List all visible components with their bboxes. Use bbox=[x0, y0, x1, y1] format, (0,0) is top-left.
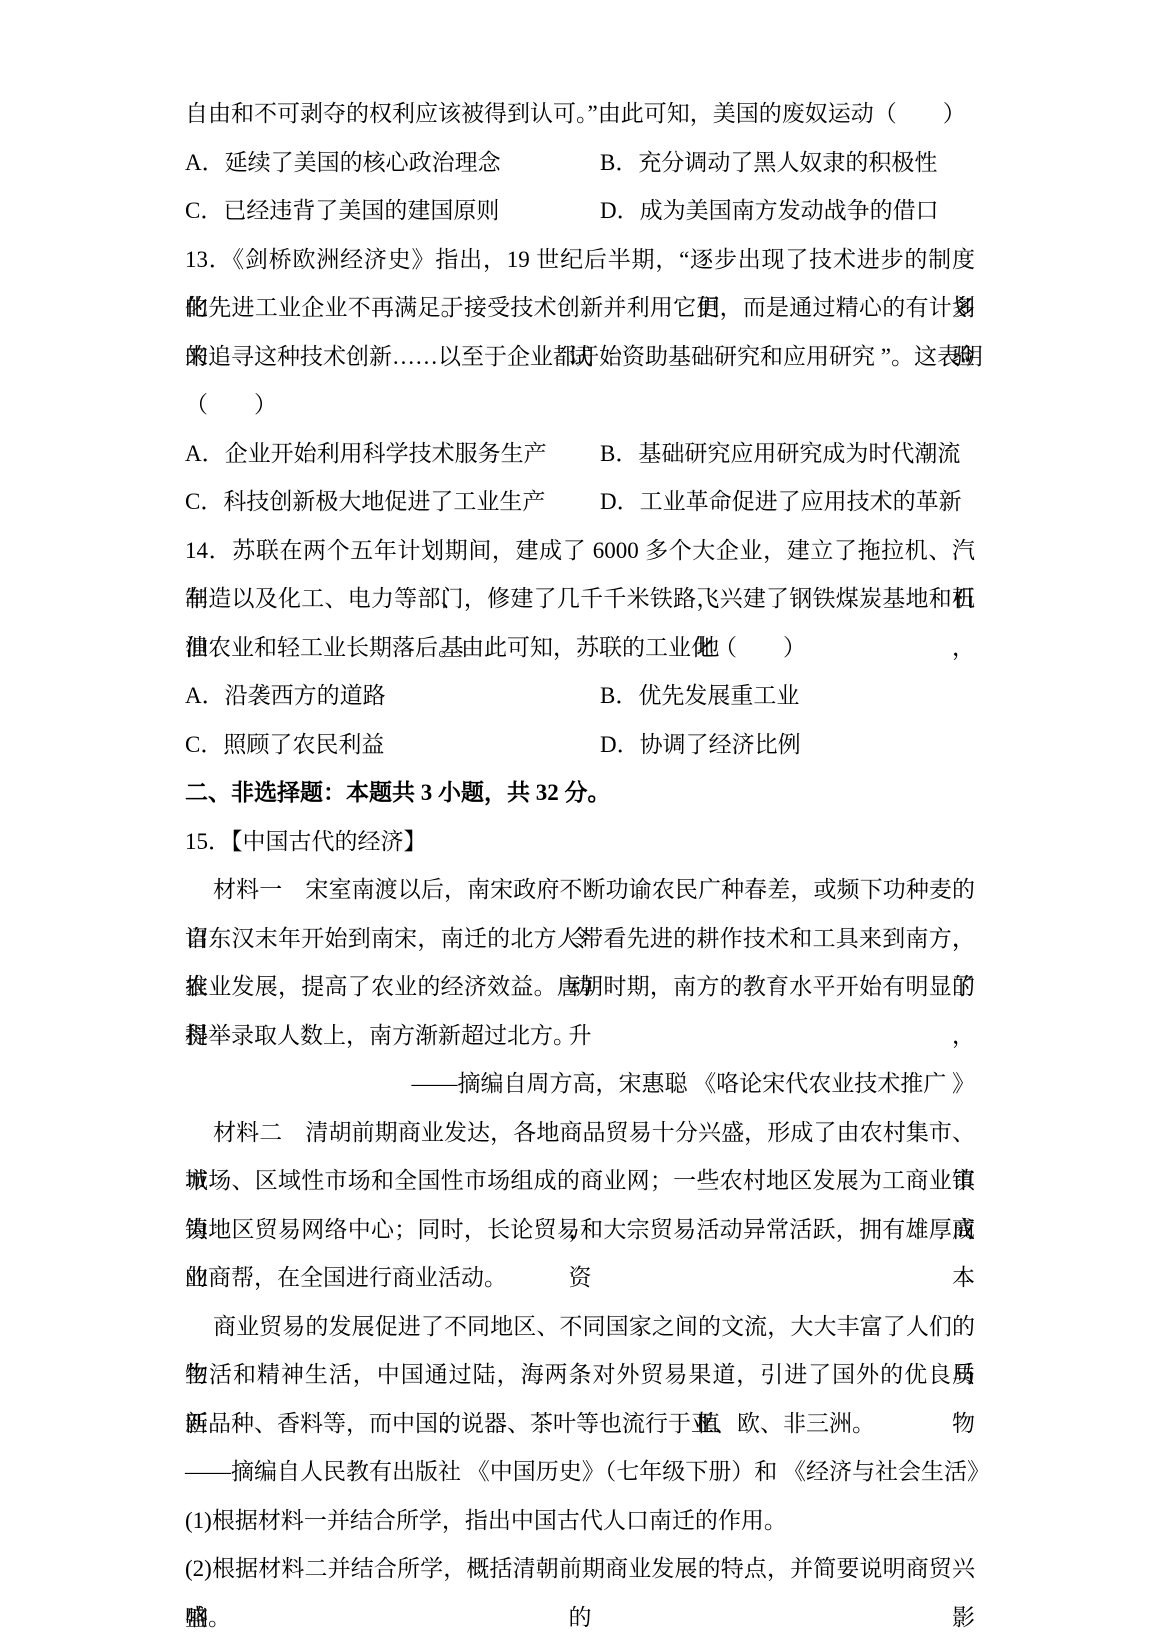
q14-stem-line-2: 制造以及化工、电力等部门，修建了几千千米铁路，兴建了钢铁煤炭基地和石油基地， bbox=[185, 575, 975, 624]
q15-material2-para2-line-2: 生活和精神生活，中国通过陆，海两条对外贸易果道，引进了国外的优良马匹、植物 bbox=[185, 1351, 975, 1400]
q15-material2-line-1: 材料二 清胡前期商业发达，各地商品贸易十分兴盛，形成了由农村集市、城镇 bbox=[185, 1109, 975, 1158]
q14-options-row-1: A．沿袭西方的道路 B．优先发展重工业 bbox=[185, 672, 975, 721]
q15-material1-line-2: 自东汉末年开始到南宋，南迁的北方人带看先进的耕作技术和工具来到南方，推动了 bbox=[185, 915, 975, 964]
q13-option-a: A．企业开始利用科学技术服务生产 bbox=[185, 430, 600, 479]
q15-material1-line-3: 农业发展，提高了农业的经济效益。唐朝时期，南方的教育水平开始有明显的提升， bbox=[185, 963, 975, 1012]
q12-options-row-1: A．延续了美国的核心政治理念 B．充分调动了黑人奴隶的积极性 bbox=[185, 139, 975, 188]
q13-stem-line-3: 来追寻这种技术创新……以至于企业都开始资助基础研究和应用研究 ”。这表明 bbox=[185, 333, 975, 382]
q14-options-row-2: C．照顾了农民利益 D．协调了经济比例 bbox=[185, 721, 975, 770]
q13-options-row-2: C．科技创新极大地促进了工业生产 D．工业革命促进了应用技术的革新 bbox=[185, 478, 975, 527]
q12-options-row-2: C．已经违背了美国的建国原则 D．成为美国南方发动战争的借口 bbox=[185, 187, 975, 236]
q15-material2-line-3: 为地区贸易网络中心；同时，长论贸易和大宗贸易活动异常活跃，拥有雄厚商业资本 bbox=[185, 1206, 975, 1255]
q14-option-a: A．沿袭西方的道路 bbox=[185, 672, 600, 721]
q13-stem-line-4: （ ） bbox=[185, 381, 975, 430]
q13-options-row-1: A．企业开始利用科学技术服务生产 B．基础研究应用研究成为时代潮流 bbox=[185, 430, 975, 479]
q15-material1-source: ——摘编自周方高，宋惠聪 《咯论宋代农业技术推广 》 bbox=[185, 1060, 975, 1109]
q12-stem: 自由和不可剥夺的权利应该被得到认可。”由此可知，美国的废奴运动（ ） bbox=[185, 90, 975, 139]
q13-option-b: B．基础研究应用研究成为时代潮流 bbox=[600, 430, 960, 479]
q15-material2-source: ——摘编自人民教有出版社 《中国历史》（七年级下册）和 《经济与社会生活》 bbox=[185, 1448, 975, 1497]
q15-title: 15．【中国古代的经济】 bbox=[185, 818, 975, 867]
q13-stem-line-1: 13．《剑桥欧洲经济史》指出，19 世纪后半期，“逐步出现了技术进步的制度化。更… bbox=[185, 236, 975, 285]
q12-option-d: D．成为美国南方发动战争的借口 bbox=[600, 187, 939, 236]
q15-material2-para2-line-3: 新品种、香料等，而中国的说器、茶叶等也流行于亚、欧、非三洲。 bbox=[185, 1400, 975, 1449]
q15-sub-question-1: (1)根据材料一并结合所学，指出中国古代人口南迁的作用。 bbox=[185, 1497, 975, 1546]
q15-sub-question-2-line-1: (2)根据材料二并结合所学，概括清朝前期商业发展的特点，并简要说明商贸兴盛的影 bbox=[185, 1545, 975, 1594]
q14-option-c: C．照顾了农民利益 bbox=[185, 721, 600, 770]
q12-option-a: A．延续了美国的核心政治理念 bbox=[185, 139, 600, 188]
section2-header: 二、非选择题：本题共 3 小题，共 32 分。 bbox=[185, 769, 975, 818]
q12-option-b: B．充分调动了黑人奴隶的积极性 bbox=[600, 139, 937, 188]
q14-stem-line-1: 14．苏联在两个五年计划期间，建成了 6000 多个大企业，建立了拖拉机、汽车、… bbox=[185, 527, 975, 576]
exam-page: 自由和不可剥夺的权利应该被得到认可。”由此可知，美国的废奴运动（ ） A．延续了… bbox=[0, 0, 1158, 1638]
q13-option-c: C．科技创新极大地促进了工业生产 bbox=[185, 478, 600, 527]
q14-option-b: B．优先发展重工业 bbox=[600, 672, 799, 721]
q12-option-c: C．已经违背了美国的建国原则 bbox=[185, 187, 600, 236]
q13-stem-line-2: 的先进工业企业不再满足于接受技术创新并利用它们，而是通过精心的有计划的试验 bbox=[185, 284, 975, 333]
q13-option-d: D．工业革命促进了应用技术的革新 bbox=[600, 478, 962, 527]
q15-material1-line-1: 材料一 宋室南渡以后，南宋政府不断功谕农民广种春差，或频下功种麦的诏令， bbox=[185, 866, 975, 915]
q14-option-d: D．协调了经济比例 bbox=[600, 721, 801, 770]
q15-material2-para2-line-1: 商业贸易的发展促进了不同地区、不同国家之间的文流，大大丰富了人们的物质 bbox=[185, 1303, 975, 1352]
q15-material2-line-2: 市场、区域性市场和全国性市场组成的商业网；一些农村地区发展为工商业市镇，成 bbox=[185, 1157, 975, 1206]
